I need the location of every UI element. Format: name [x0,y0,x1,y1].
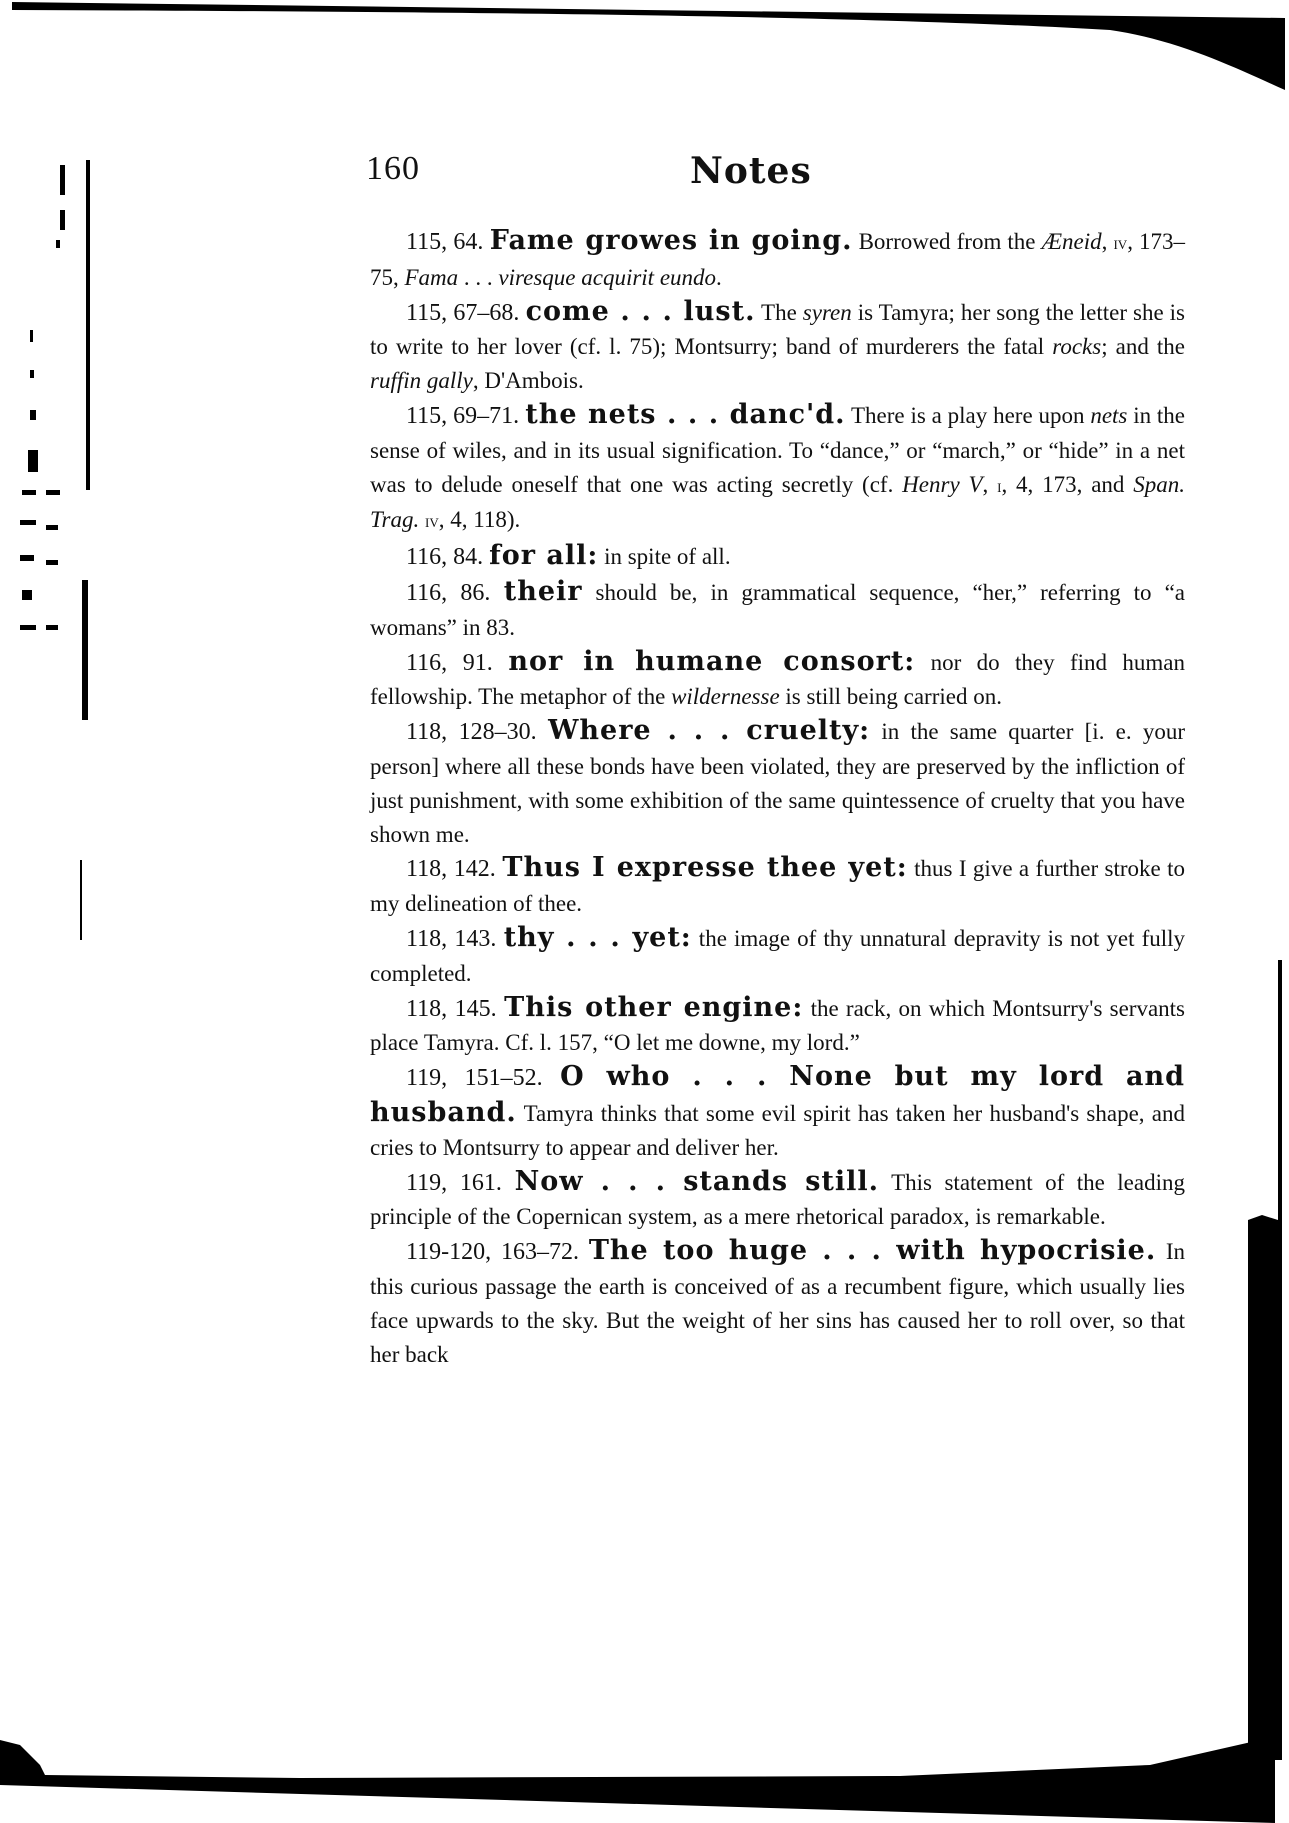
note-entry: 119, 161. Now . . . stands still. This s… [370,1165,1185,1235]
note-reference: 119, 161. [370,1170,515,1196]
note-reference: 118, 145. [370,996,504,1022]
note-lemma: This other engine: [504,992,803,1023]
italic-text: ruffin gally [370,368,473,393]
note-entry: 118, 142. Thus I expresse thee yet: thus… [370,851,1185,921]
note-reference: 118, 128–30. [370,719,548,745]
note-lemma: come . . . lust. [526,296,756,327]
note-reference: 119-120, 163–72. [370,1239,589,1265]
note-text: , [1102,229,1114,254]
italic-text: viresque acquirit eundo [498,265,716,290]
note-text: in spite of all. [598,544,730,569]
note-text: is still being carried on. [780,684,1002,709]
small-caps-text: iv [1113,233,1127,254]
note-entry: 116, 86. their should be, in grammatical… [370,575,1185,645]
italic-text: nets [1090,403,1127,428]
italic-text: Henry V [902,472,982,497]
scan-shadow-bottom [0,1740,1289,1823]
italic-text: Æneid [1042,229,1102,254]
note-lemma: their [504,576,583,607]
note-entry: 118, 145. This other engine: the rack, o… [370,991,1185,1061]
scan-shadow-right [1248,960,1289,1760]
note-reference: 115, 69–71. [370,403,525,429]
note-text: . [716,265,722,290]
note-lemma: Where . . . cruelty: [548,715,870,746]
note-text: Borrowed from the [853,229,1042,254]
note-entry: 115, 64. Fame growes in going. Borrowed … [370,224,1185,295]
note-text: , D'Ambois. [473,368,584,393]
notes-body: 115, 64. Fame growes in going. Borrowed … [370,224,1185,1371]
note-reference: 118, 142. [370,856,502,882]
note-reference: 115, 67–68. [370,300,526,326]
note-lemma: nor in humane consort: [508,646,915,677]
running-head: Notes [690,150,812,192]
note-entry: 115, 69–71. the nets . . . danc'd. There… [370,398,1185,539]
note-lemma: Now . . . stands still. [515,1166,879,1197]
note-lemma: for all: [489,540,598,571]
note-text: ; and the [1101,334,1185,359]
note-reference: 115, 64. [370,229,490,255]
note-text: , [983,472,998,497]
note-entry: 116, 84. for all: in spite of all. [370,539,1185,575]
note-entry: 115, 67–68. come . . . lust. The syren i… [370,295,1185,398]
note-lemma: thy . . . yet: [504,922,692,953]
note-text: The [755,300,802,325]
bleed-through-marks [0,160,120,960]
note-text: , 4, 118). [439,507,521,532]
note-lemma: The too huge . . . with hypocrisie. [589,1235,1156,1266]
note-entry: 119-120, 163–72. The too huge . . . with… [370,1234,1185,1371]
scan-shadow-top [0,0,1289,100]
note-reference: 116, 91. [370,650,508,676]
note-reference: 116, 84. [370,544,489,570]
italic-text: Fama [405,265,459,290]
note-entry: 118, 128–30. Where . . . cruelty: in the… [370,714,1185,851]
italic-text: syren [803,300,852,325]
note-text: There is a play here upon [846,403,1091,428]
small-caps-text: iv [425,511,439,532]
note-entry: 119, 151–52. O who . . . None but my lor… [370,1060,1185,1164]
note-lemma: Fame growes in going. [490,225,853,256]
note-text: , 4, 173, and [1001,472,1133,497]
note-entry: 116, 91. nor in humane consort: nor do t… [370,645,1185,715]
italic-text: rocks [1052,334,1101,359]
note-entry: 118, 143. thy . . . yet: the image of th… [370,921,1185,991]
note-lemma: Thus I expresse thee yet: [502,852,907,883]
note-lemma: the nets . . . danc'd. [525,399,845,430]
page-number: 160 [366,150,420,188]
note-text: . . . [458,265,498,290]
note-reference: 119, 151–52. [370,1065,560,1091]
note-reference: 116, 86. [370,580,504,606]
italic-text: wildernesse [671,684,780,709]
note-reference: 118, 143. [370,926,504,952]
